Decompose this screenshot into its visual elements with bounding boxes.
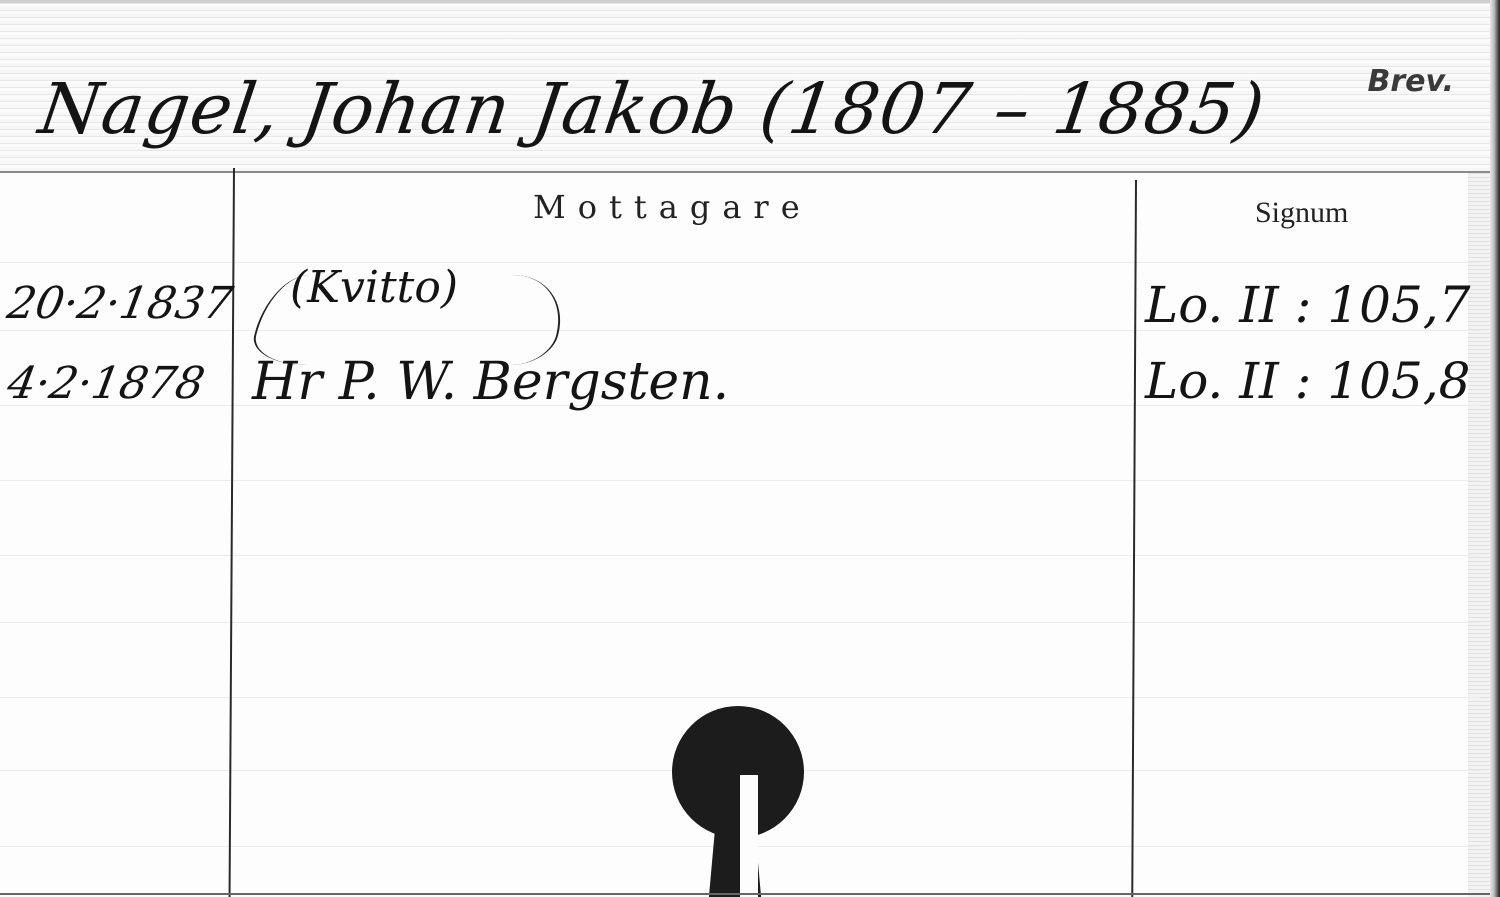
signum-column-divider xyxy=(1131,180,1137,897)
ruled-line xyxy=(0,262,1480,263)
filing-rod-gap xyxy=(740,775,758,897)
entry-recipient: Hr P. W. Bergsten. xyxy=(252,352,729,412)
index-card: Nagel, Johan Jakob (1807 – 1885) Brev. M… xyxy=(0,0,1500,897)
card-right-texture xyxy=(1468,170,1490,897)
entry-signum: Lo. II : 105,7 xyxy=(1145,276,1471,334)
category-label: Brev. xyxy=(1367,64,1454,99)
card-right-edge xyxy=(1490,0,1500,897)
ruled-line xyxy=(0,555,1480,556)
ruled-line xyxy=(0,622,1480,623)
entry-date: 20·2·1837 xyxy=(4,278,237,329)
ruled-line xyxy=(0,480,1480,481)
entry-recipient: (Kvitto) xyxy=(290,262,458,313)
recipient-column-header: Mottagare xyxy=(533,188,812,226)
card-bottom-edge xyxy=(0,893,1490,895)
signum-column-header: Signum xyxy=(1255,196,1348,230)
card-top-edge xyxy=(0,0,1500,3)
entry-signum: Lo. II : 105,8 xyxy=(1145,352,1471,410)
header-divider xyxy=(0,171,1490,173)
entry-date: 4·2·1878 xyxy=(4,358,209,409)
ruled-line xyxy=(0,697,1480,698)
card-title-name: Nagel, Johan Jakob (1807 – 1885) xyxy=(34,68,1270,150)
